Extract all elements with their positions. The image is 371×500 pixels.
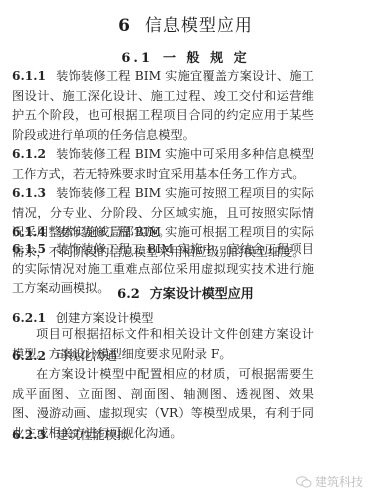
clause-text: 装饰装修工程 BIM 实施中可采用多种信息模型工作方式，若无特殊要求时宜采用基本… bbox=[12, 147, 314, 181]
chapter-title: 6信息模型应用 bbox=[0, 11, 371, 36]
section-title-text: 一 般 规 定 bbox=[163, 51, 250, 66]
clause-6-1-1: 6.1.1装饰装修工程 BIM 实施宜覆盖方案设计、施工图设计、施工深化设计、施… bbox=[12, 67, 314, 145]
section-number: 6.1 bbox=[121, 51, 153, 66]
clause-6-2-1-heading: 6.2.1创建方案设计模型 bbox=[12, 309, 153, 326]
clause-number: 6.2.1 bbox=[12, 311, 46, 325]
section-title-text: 方案设计模型应用 bbox=[150, 287, 254, 302]
clause-number: 6.1.5 bbox=[12, 242, 46, 256]
watermark: 建筑科技 bbox=[296, 473, 363, 490]
section-number: 6.2 bbox=[117, 287, 140, 302]
chapter-title-text: 信息模型应用 bbox=[145, 16, 253, 36]
clause-6-1-2: 6.1.2装饰装修工程 BIM 实施中可采用多种信息模型工作方式，若无特殊要求时… bbox=[12, 145, 314, 184]
wechat-icon bbox=[296, 476, 312, 488]
clause-number: 6.1.3 bbox=[12, 186, 46, 200]
clause-number: 6.2.2 bbox=[12, 349, 46, 363]
clause-number: 6.1.4 bbox=[12, 225, 46, 239]
clause-heading: 创建方案设计模型 bbox=[56, 311, 154, 325]
document-page: 6信息模型应用 6.1一 般 规 定 6.1.1装饰装修工程 BIM 实施宜覆盖… bbox=[0, 0, 371, 500]
section-6-2-title: 6.2方案设计模型应用 bbox=[0, 283, 371, 302]
watermark-text: 建筑科技 bbox=[315, 473, 363, 490]
clause-number: 6.1.2 bbox=[12, 147, 46, 161]
clause-number: 6.1.1 bbox=[12, 69, 46, 83]
clause-heading: 可视化沟通 bbox=[56, 349, 117, 363]
clause-number: 6.2.3 bbox=[12, 428, 46, 442]
clause-6-2-3-heading: 6.2.3建筑性能模拟 bbox=[12, 426, 129, 443]
clause-heading: 建筑性能模拟 bbox=[56, 428, 129, 442]
clause-text: 装饰装修工程 BIM 实施宜覆盖方案设计、施工图设计、施工深化设计、施工过程、竣… bbox=[12, 69, 314, 142]
section-6-1-title: 6.1一 般 规 定 bbox=[0, 47, 371, 66]
clause-6-2-2-heading: 6.2.2可视化沟通 bbox=[12, 347, 117, 364]
chapter-number: 6 bbox=[118, 16, 131, 36]
